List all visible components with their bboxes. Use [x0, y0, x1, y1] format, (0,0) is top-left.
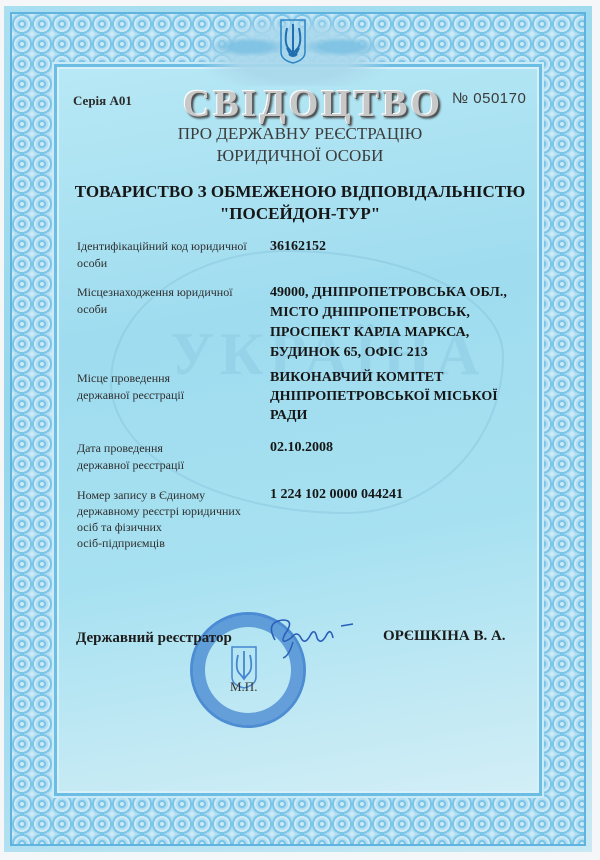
- organization-name: "ПОСЕЙДОН-ТУР": [0, 204, 600, 224]
- seal-mark: М.П.: [230, 679, 257, 695]
- registrar-name: ОРЄШКІНА В. А.: [383, 628, 506, 645]
- field-label-registration-place: Місце проведення державної реєстрації: [77, 370, 267, 404]
- field-label-id-code: Ідентифікаційний код юридичної особи: [77, 238, 267, 272]
- handwritten-signature: [255, 612, 365, 662]
- series-label: Серія А01: [73, 93, 132, 109]
- organization-type: ТОВАРИСТВО З ОБМЕЖЕНОЮ ВІДПОВІДАЛЬНІСТЮ: [0, 182, 600, 202]
- field-label-address: Місцезнаходження юридичної особи: [77, 284, 267, 318]
- field-value-registration-date: 02.10.2008: [270, 438, 550, 457]
- registrar-label: Державний реєстратор: [76, 630, 232, 647]
- field-label-registration-date: Дата проведення державної реєстрації: [77, 440, 267, 474]
- field-value-id-code: 36162152: [270, 237, 550, 256]
- ukraine-trident-icon: [278, 18, 308, 64]
- subtitle-line-2: ЮРИДИЧНОЇ ОСОБИ: [0, 146, 600, 166]
- certificate-title: СВІДОЦТВО: [183, 82, 443, 126]
- field-label-registry-number: Номер запису в Єдиному державному реєстр…: [77, 487, 267, 551]
- field-value-address: 49000, ДНІПРОПЕТРОВСЬКА ОБЛ., МІСТО ДНІП…: [270, 283, 550, 363]
- field-value-registry-number: 1 224 102 0000 044241: [270, 485, 550, 504]
- field-value-registration-place: ВИКОНАВЧИЙ КОМІТЕТ ДНІПРОПЕТРОВСЬКОЇ МІС…: [270, 368, 550, 425]
- certificate-number: № 050170: [452, 90, 526, 107]
- subtitle-line-1: ПРО ДЕРЖАВНУ РЕЄСТРАЦІЮ: [0, 124, 600, 144]
